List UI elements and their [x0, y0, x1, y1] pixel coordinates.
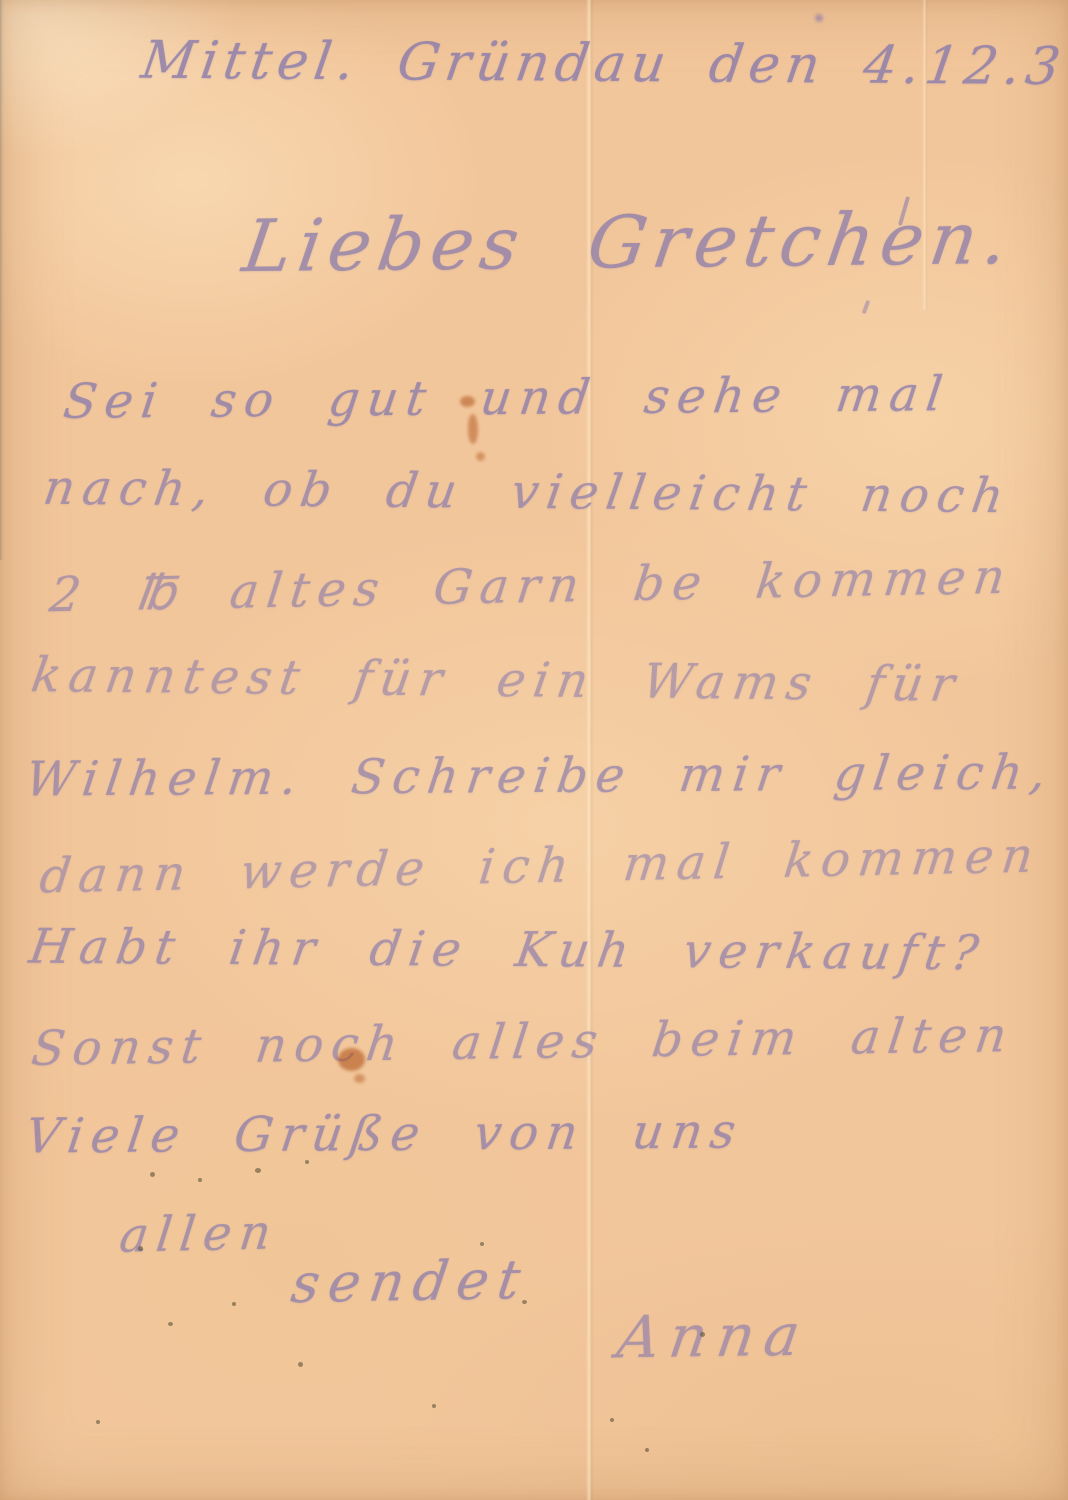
- speckle: [198, 1178, 202, 1182]
- speckle: [305, 1160, 309, 1164]
- body-line: Viele Grüße von uns: [22, 1103, 747, 1164]
- body-line: Habt ihr die Kuh verkauft?: [26, 919, 990, 982]
- ink-dot: [815, 14, 823, 22]
- speckle: [298, 1362, 303, 1367]
- speckle: [700, 1332, 705, 1337]
- rust-stain: [338, 1048, 365, 1071]
- body-line: allen: [117, 1204, 282, 1263]
- body-line: Wilhelm. Schreibe mir gleich,: [22, 744, 1057, 807]
- rust-stain: [354, 1074, 365, 1083]
- body-line: nach, ob du vielleicht noch: [40, 460, 1015, 524]
- speckle: [432, 1404, 436, 1408]
- letter-scan: Mittel. Gründau den 4.12.37 Liebes Gretc…: [0, 0, 1068, 1500]
- signature: Anna: [613, 1301, 814, 1372]
- speckle: [610, 1418, 614, 1422]
- speckle: [522, 1300, 527, 1304]
- speckle: [232, 1302, 236, 1306]
- speckle: [480, 1242, 484, 1246]
- dateline: Mittel. Gründau den 4.12.37: [138, 31, 1068, 98]
- stray-pen-mark: [862, 300, 871, 315]
- rust-stain: [476, 452, 485, 461]
- body-line: Sei so gut und sehe mal: [60, 366, 953, 430]
- body-line: 2 ℔ altes Garn be kommen: [47, 549, 1016, 624]
- speckle: [168, 1322, 173, 1326]
- body-line: kanntest für ein Wams für: [28, 647, 966, 713]
- speckle: [255, 1168, 261, 1173]
- speckle: [150, 1172, 155, 1177]
- closing-word: sendet: [288, 1248, 534, 1315]
- rust-stain: [460, 396, 475, 407]
- rust-stain: [468, 414, 478, 444]
- speckle: [96, 1420, 100, 1424]
- scan-edge-shadow: [0, 0, 4, 560]
- speckle: [138, 1246, 143, 1251]
- body-line: Sonst noch alles beim alten: [29, 1007, 1018, 1077]
- body-line: dann werde ich mal kommen: [37, 827, 1044, 904]
- speckle: [645, 1448, 649, 1452]
